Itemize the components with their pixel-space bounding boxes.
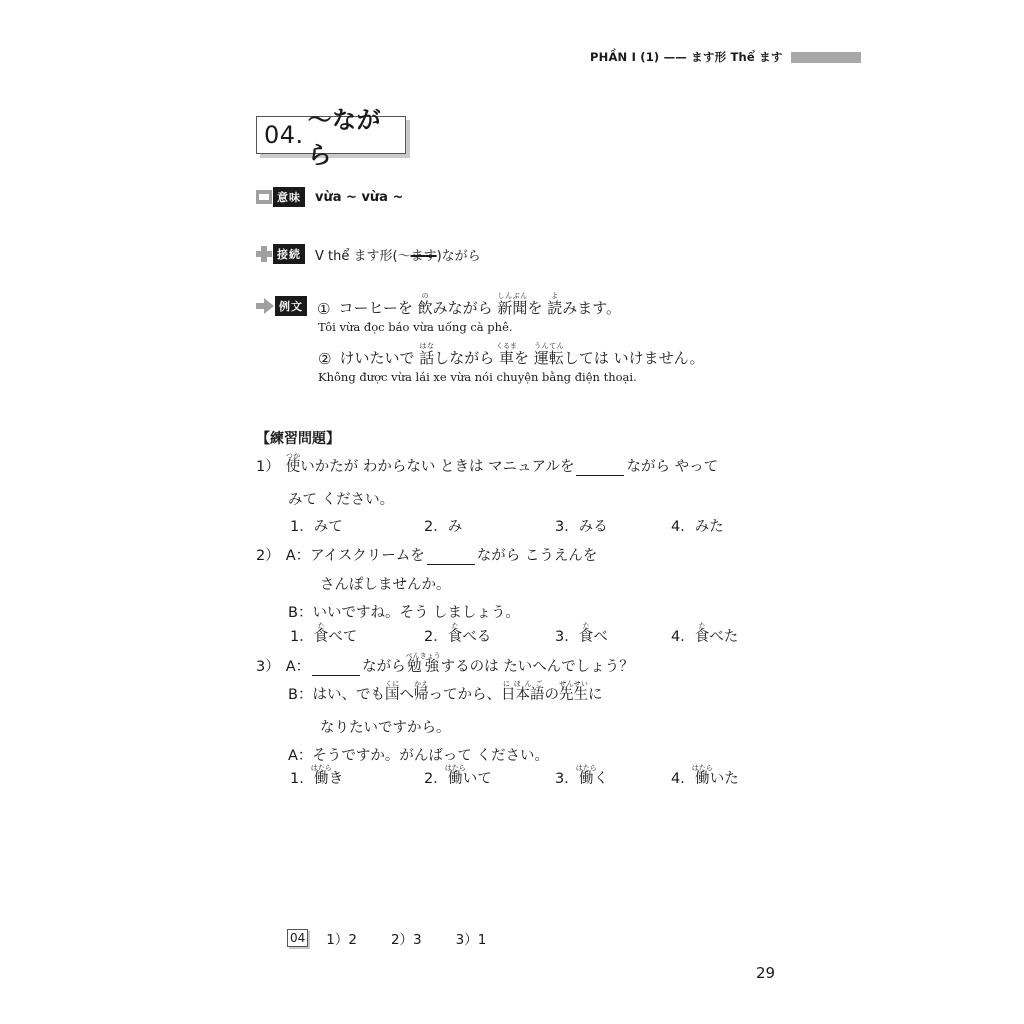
book-icon [256, 190, 272, 204]
question-1-option-3[interactable]: 3．みる [555, 515, 608, 536]
question-1-option-2[interactable]: 2．み [424, 515, 462, 536]
example-tag: 例文 [256, 296, 307, 316]
example-1: 例文 ① コーヒーを 飲のみながら 新聞しんぶんを 読よみます。 Tôi vừa… [256, 292, 621, 334]
header-decoration-bar [791, 52, 861, 63]
question-3-line-2: B：はい、でも 国くにへ 帰かえってから、日本語にほんごの 先生せんせいに [288, 680, 602, 704]
example-2-translation: Không được vừa lái xe vừa nói chuyện bằn… [318, 370, 705, 384]
meaning-tag-label: 意味 [273, 187, 305, 207]
connection-prefix: V thể ます形(〜 [315, 249, 411, 264]
question-1-line-2: みて ください。 [288, 488, 394, 509]
question-2-option-4[interactable]: 4．食たべた [671, 622, 738, 646]
meaning-text: vừa ~ vừa ~ [315, 190, 403, 205]
question-1-option-1[interactable]: 1．みて [290, 515, 343, 536]
arrow-right-icon [256, 298, 274, 314]
question-3-line-1: 3） A：ながら 勉強べんきょうするのは たいへんでしょう？ [256, 652, 634, 676]
lesson-title-box: 04. 〜ながら [256, 116, 406, 154]
example-2-sentence: けいたいで 話はなしながら 車くるまを 運転うんてんしては いけません。 [339, 342, 704, 368]
page-number: 29 [756, 964, 775, 982]
answer-blank [312, 662, 360, 676]
question-1-line-1: 1） 使つかいかたが わからない ときは マニュアルを ながら やって [256, 452, 718, 476]
answer-blank [576, 462, 624, 476]
practice-title: 【練習問題】 [256, 428, 340, 448]
lesson-number: 04. [264, 121, 304, 149]
connection-suffix: )ながら [437, 249, 481, 264]
question-2-number: 2） [256, 544, 280, 565]
running-header-title: PHẦN I (1) —— ます形 Thể ます [590, 49, 783, 65]
question-1-number: 1） [256, 455, 280, 476]
question-1-option-4[interactable]: 4．みた [671, 515, 724, 536]
question-2-line-2: さんぽしませんか。 [320, 573, 451, 594]
question-3-line-4: A：そうですか。がんばって ください。 [288, 744, 549, 765]
question-2-option-1[interactable]: 1．食たべて [290, 622, 357, 646]
answer-2: 2）3 [391, 928, 422, 948]
question-3-number: 3） [256, 655, 280, 676]
question-2-line-3: B：いいですね。そう しましょう。 [288, 601, 520, 622]
connection-formula: V thể ます形(〜ます)ながら [315, 245, 481, 264]
question-2-option-3[interactable]: 3．食たべ [555, 622, 608, 646]
lesson-title: 〜ながら [308, 100, 405, 170]
example-2: ② けいたいで 話はなしながら 車くるまを 運転うんてんしては いけません。 K… [318, 342, 705, 384]
question-3-line-3: なりたいですから。 [320, 716, 451, 737]
question-3-option-3[interactable]: 3．働はたらく [555, 764, 608, 788]
question-3-option-1[interactable]: 1．働はたらき [290, 764, 343, 788]
answer-key: 04 1）2 2）3 3）1 [287, 928, 520, 948]
example-tag-label: 例文 [275, 296, 307, 316]
plus-icon [256, 246, 272, 262]
example-2-marker: ② [318, 350, 331, 368]
running-header: PHẦN I (1) —— ます形 Thể ます [590, 48, 861, 66]
question-2-option-2[interactable]: 2．食たべる [424, 622, 491, 646]
example-1-translation: Tôi vừa đọc báo vừa uống cà phê. [318, 320, 621, 334]
question-2-line-1: 2） A：アイスクリームを ながら こうえんを [256, 544, 597, 565]
answer-1: 1）2 [326, 928, 357, 948]
question-3-option-2[interactable]: 2．働はたらいて [424, 764, 492, 788]
answer-key-badge: 04 [287, 929, 308, 947]
answer-3: 3）1 [456, 928, 487, 948]
connection-tag-label: 接続 [273, 244, 305, 264]
question-3-option-4[interactable]: 4．働はたらいた [671, 764, 739, 788]
example-1-sentence: コーヒーを 飲のみながら 新聞しんぶんを 読よみます。 [338, 292, 621, 318]
meaning-tag: 意味 [256, 187, 305, 207]
connection-tag: 接続 [256, 244, 305, 264]
connection-row: 接続 V thể ます形(〜ます)ながら [256, 244, 481, 264]
example-1-marker: ① [317, 300, 330, 318]
meaning-row: 意味 vừa ~ vừa ~ [256, 187, 403, 207]
connection-struck-text: ます [411, 249, 437, 264]
answer-blank [427, 551, 475, 565]
